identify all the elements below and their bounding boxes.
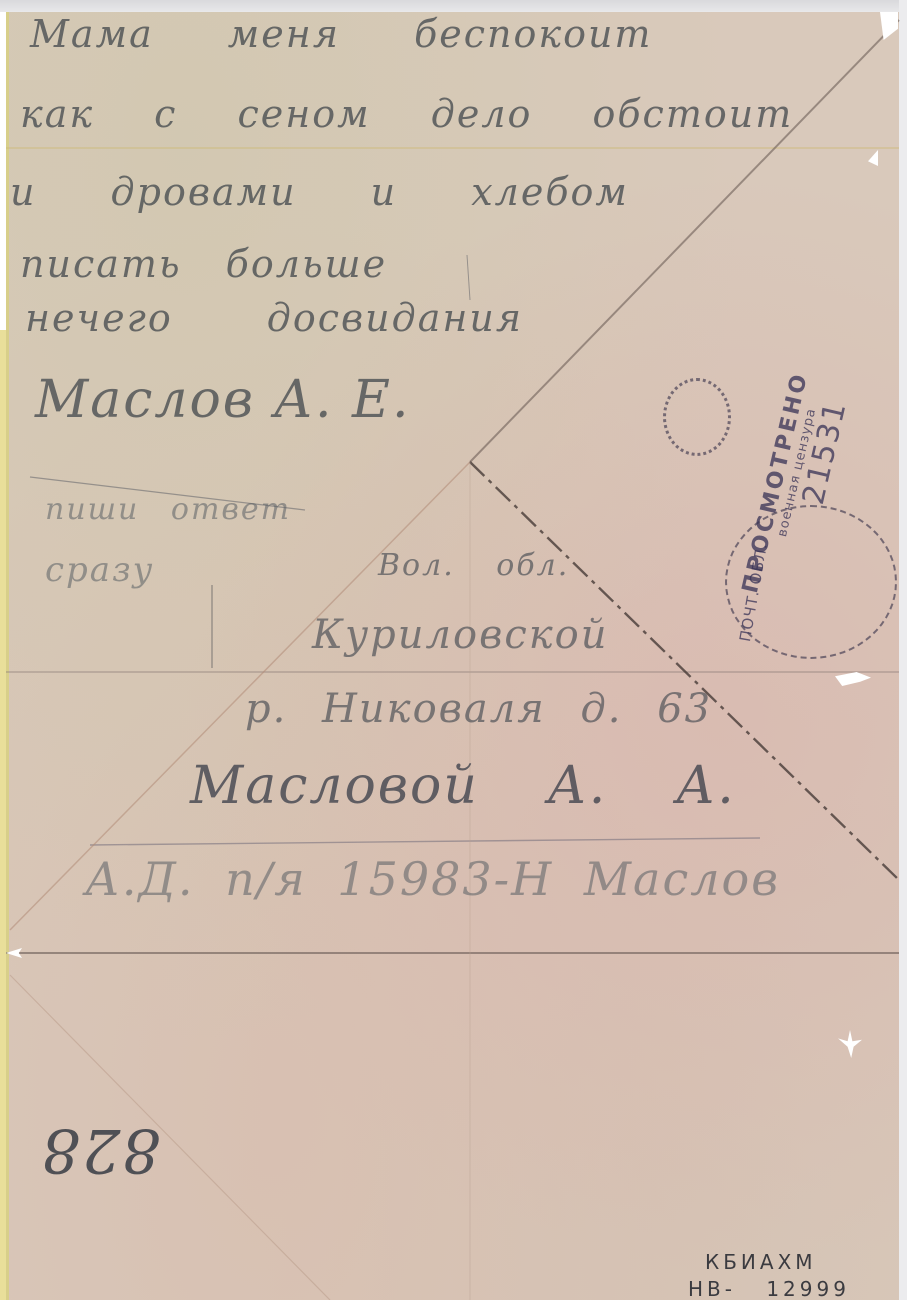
letter-line: Мама меня беспокоит: [30, 12, 652, 56]
signature: Маслов А. Е.: [35, 370, 411, 430]
address-region: Вол. обл.: [378, 548, 569, 583]
sender-return-address: А.Д. п/я 15983-Н Маслов: [85, 852, 780, 906]
letter-line: нечего досвидания: [25, 296, 523, 340]
address-village: р. Никоваля д. 63: [245, 686, 712, 732]
postscript-line: сразу: [45, 550, 154, 590]
postmark-small: [663, 378, 731, 456]
address-district: Куриловской: [312, 612, 609, 658]
letter-line: как с сеном дело обстоит: [20, 92, 793, 136]
corner-number: 828: [40, 1115, 161, 1185]
letter-line: и дровами и хлебом: [10, 170, 629, 214]
postscript-line: пиши ответ: [45, 492, 291, 527]
archive-inventory-number: НВ- 12999: [688, 1277, 850, 1300]
letter-line: писать больше: [20, 242, 387, 286]
recipient-name: Масловой А. А.: [190, 756, 736, 816]
archive-code: КБИАХМ: [705, 1250, 817, 1274]
